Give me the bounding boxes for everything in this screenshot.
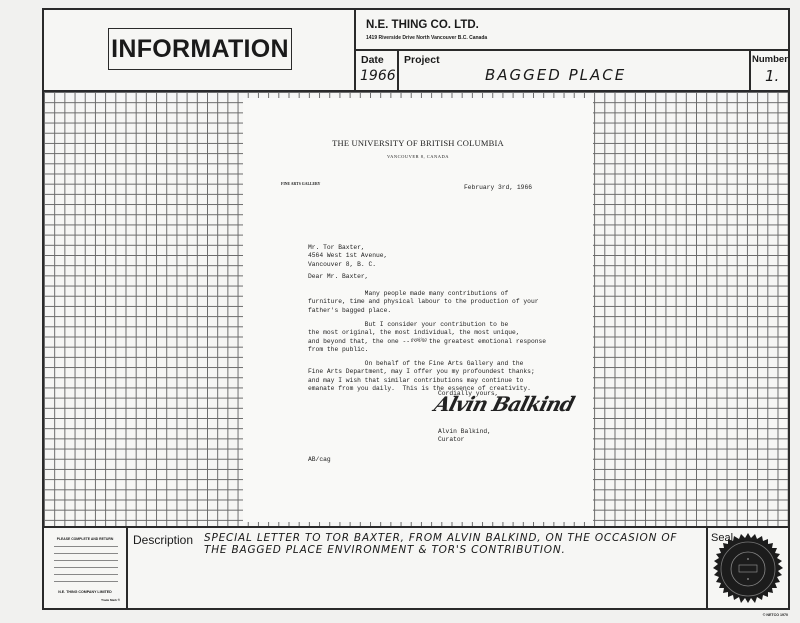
letter-paragraph: Many people made many contributions of f… [308, 290, 558, 315]
recipient-line: Mr. Tor Baxter, [308, 244, 387, 252]
company-name: N.E. THING CO. LTD. [366, 19, 479, 31]
salutation: Dear Mr. Baxter, [308, 273, 368, 281]
recipient-line: 4564 West 1st Avenue, [308, 252, 387, 260]
number-label: Number [752, 54, 788, 65]
form-title: INFORMATION [108, 28, 292, 70]
project-field: Project BAGGED PLACE [399, 51, 751, 90]
letterhead-department: FINE ARTS GALLERY [281, 180, 320, 188]
footer-company: N.E. THING COMPANY LIMITED [44, 590, 126, 594]
date-value: 1966 [360, 68, 396, 84]
letter-paragraph: On behalf of the Fine Arts Gallery and t… [308, 360, 558, 394]
letterhead-city: VANCOUVER 8, CANADA [243, 153, 593, 161]
blank-line [54, 581, 118, 582]
blank-line [54, 560, 118, 561]
project-label: Project [404, 54, 440, 66]
letter-paragraph: But I consider your contribution to be t… [308, 321, 558, 355]
number-value: 1. [765, 67, 779, 85]
blank-line [54, 546, 118, 547]
date-label: Date [361, 54, 384, 66]
handwritten-correction: evoking [411, 336, 427, 344]
blank-line [54, 574, 118, 575]
reference-initials: AB/cag [308, 456, 331, 464]
signer-title: Curator [438, 436, 491, 444]
signature: Alvin Balkind [434, 400, 575, 408]
seal-field: Seal [708, 528, 788, 608]
letter-date: February 3rd, 1966 [464, 184, 532, 192]
company-seal-icon [712, 533, 784, 605]
information-form: INFORMATION N.E. THING CO. LTD. 1419 Riv… [42, 8, 790, 610]
copyright-notice: © NETCO 1970 [763, 613, 788, 617]
blank-line [54, 567, 118, 568]
trademark: Trade Mark ® [101, 598, 120, 602]
recipient-line: Vancouver 8, B. C. [308, 261, 387, 269]
return-panel: PLEASE COMPLETE AND RETURN N.E. THING CO… [44, 528, 128, 608]
description-value: SPECIAL LETTER TO TOR BAXTER, FROM ALVIN… [204, 532, 699, 556]
description-field: Description SPECIAL LETTER TO TOR BAXTER… [128, 528, 708, 608]
please-return-text: PLEASE COMPLETE AND RETURN [44, 537, 126, 541]
project-value: BAGGED PLACE [485, 66, 626, 84]
description-label: Description [133, 533, 193, 547]
title-panel: INFORMATION [44, 10, 356, 90]
form-header: INFORMATION N.E. THING CO. LTD. 1419 Riv… [44, 10, 788, 92]
attached-letter: THE UNIVERSITY OF BRITISH COLUMBIA VANCO… [243, 98, 593, 522]
signer-block: Alvin Balkind, Curator [438, 428, 491, 445]
company-address: 1419 Riverside Drive North Vancouver B.C… [366, 35, 487, 41]
blank-line [54, 553, 118, 554]
number-field: Number 1. [751, 51, 788, 90]
date-field: Date 1966 [356, 51, 399, 90]
signer-name: Alvin Balkind, [438, 428, 491, 436]
recipient-address: Mr. Tor Baxter, 4564 West 1st Avenue, Va… [308, 244, 387, 269]
letterhead-institution: THE UNIVERSITY OF BRITISH COLUMBIA [243, 139, 593, 147]
company-block: N.E. THING CO. LTD. 1419 Riverside Drive… [356, 10, 788, 51]
